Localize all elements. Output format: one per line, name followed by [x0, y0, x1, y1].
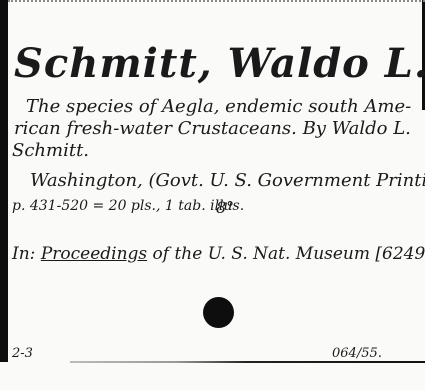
- card-bottom-edge: [70, 361, 425, 363]
- scan-border-top: [8, 0, 425, 5]
- title-line-2: rican fresh-water Crustaceans. By Waldo …: [14, 118, 411, 139]
- title-line-1: The species of Aegla, endemic south Ame-: [26, 96, 411, 117]
- card-heading-author: Schmitt, Waldo L.: [14, 40, 425, 87]
- series-title: Proceedings: [41, 244, 147, 264]
- imprint-line: Washington, (Govt. U. S. Government Prin…: [30, 170, 425, 191]
- series-rest: of the U. S. Nat. Museum [624917] Vol. 9…: [153, 244, 425, 264]
- scan-border-left: [0, 0, 8, 362]
- catalog-card: Schmitt, Waldo L. The species of Aegla, …: [0, 0, 425, 390]
- punch-hole: [203, 297, 234, 328]
- series-prefix: In:: [12, 244, 35, 264]
- size-format: 8°: [216, 198, 234, 217]
- collation-line: p. 431-520 = 20 pls., 1 tab. illus.: [12, 198, 244, 214]
- footer-right-mark: 064/55.: [332, 346, 382, 361]
- series-note: In: Proceedings of the U. S. Nat. Museum…: [12, 244, 425, 264]
- footer-left-mark: 2-3: [12, 346, 33, 361]
- title-line-3: Schmitt.: [12, 140, 89, 161]
